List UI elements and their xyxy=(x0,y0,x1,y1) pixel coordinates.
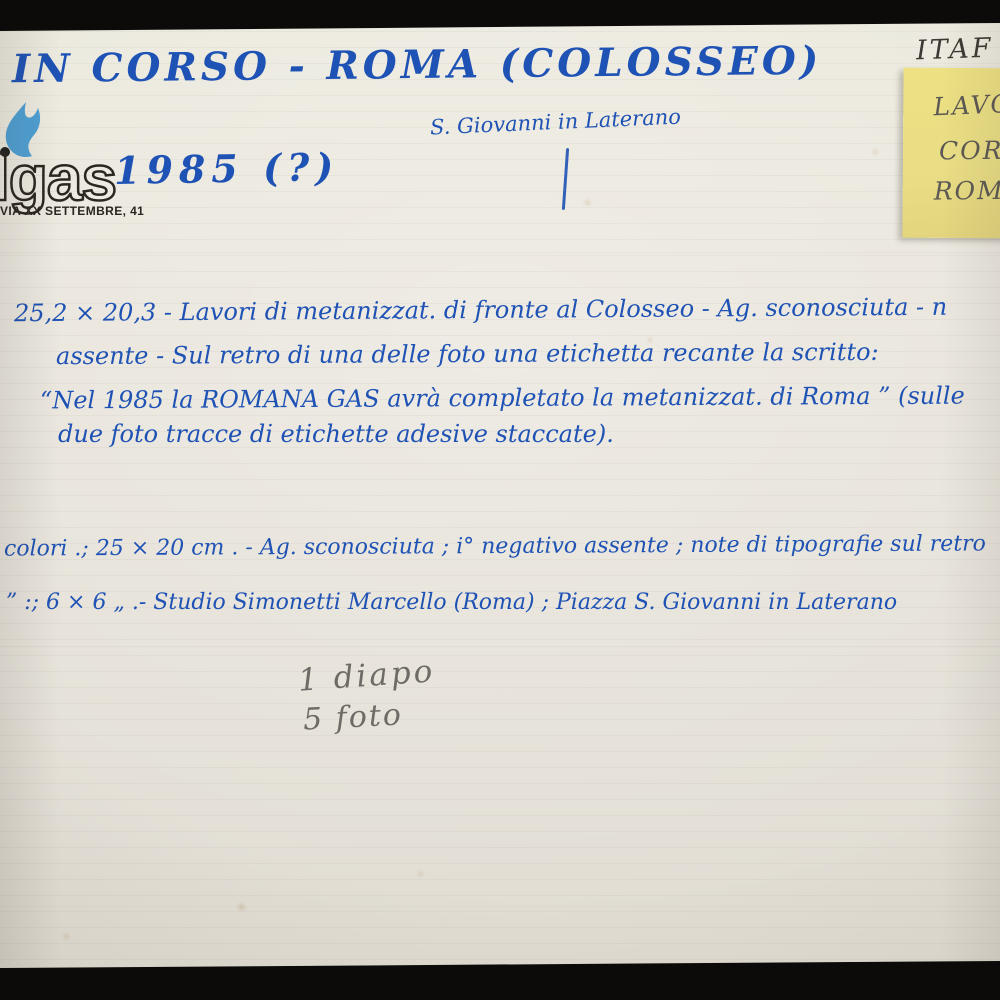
parenthesis-stroke xyxy=(562,148,569,210)
description-line: “Nel 1985 la ROMANA GAS avrà completato … xyxy=(40,382,965,415)
sticky-note-line: LAVOR xyxy=(933,88,1000,122)
letterhead-address: VIA XX SETTEMBRE, 41 xyxy=(0,204,144,218)
sticky-note-line: COR xyxy=(939,136,1000,166)
paper-stain xyxy=(585,200,590,205)
paper-stain xyxy=(64,934,69,939)
subtitle-handwriting: S. Giovanni in Laterano xyxy=(430,105,682,140)
title-handwriting: IN CORSO - ROMA (COLOSSEO) xyxy=(12,38,823,92)
photographed-envelope: lgas VIA XX SETTEMBRE, 41 IN CORSO - ROM… xyxy=(0,0,1000,1000)
description-line: assente - Sul retro di una delle foto un… xyxy=(56,338,879,370)
description-line: due foto tracce di etichette adesive sta… xyxy=(58,420,614,448)
paper-crease xyxy=(0,906,1000,908)
italgas-logo-text: lgas xyxy=(0,146,116,210)
corner-label: ITAF xyxy=(915,33,993,67)
inventory-line: ” :; 6 × 6 „ .- Studio Simonetti Marcell… xyxy=(6,590,897,615)
paper-stain xyxy=(873,150,877,154)
paper-stain xyxy=(238,904,245,910)
year-note: 1985 (?) xyxy=(114,144,340,193)
envelope-paper: lgas VIA XX SETTEMBRE, 41 IN CORSO - ROM… xyxy=(0,0,1000,1000)
inventory-line: colori .; 25 × 20 cm . - Ag. sconosciuta… xyxy=(4,531,986,561)
sticky-note-line: ROMA xyxy=(934,176,1000,206)
pencil-note-foto: 5 foto xyxy=(302,697,404,737)
description-line: 25,2 × 20,3 - Lavori di metanizzat. di f… xyxy=(14,293,947,328)
pencil-note-diapo: 1 diapo xyxy=(297,653,437,698)
paper-crease xyxy=(0,646,1000,648)
paper-crease xyxy=(0,252,1000,254)
paper-stain xyxy=(418,872,423,876)
sticky-note: LAVOR COR ROMA xyxy=(902,68,1000,239)
